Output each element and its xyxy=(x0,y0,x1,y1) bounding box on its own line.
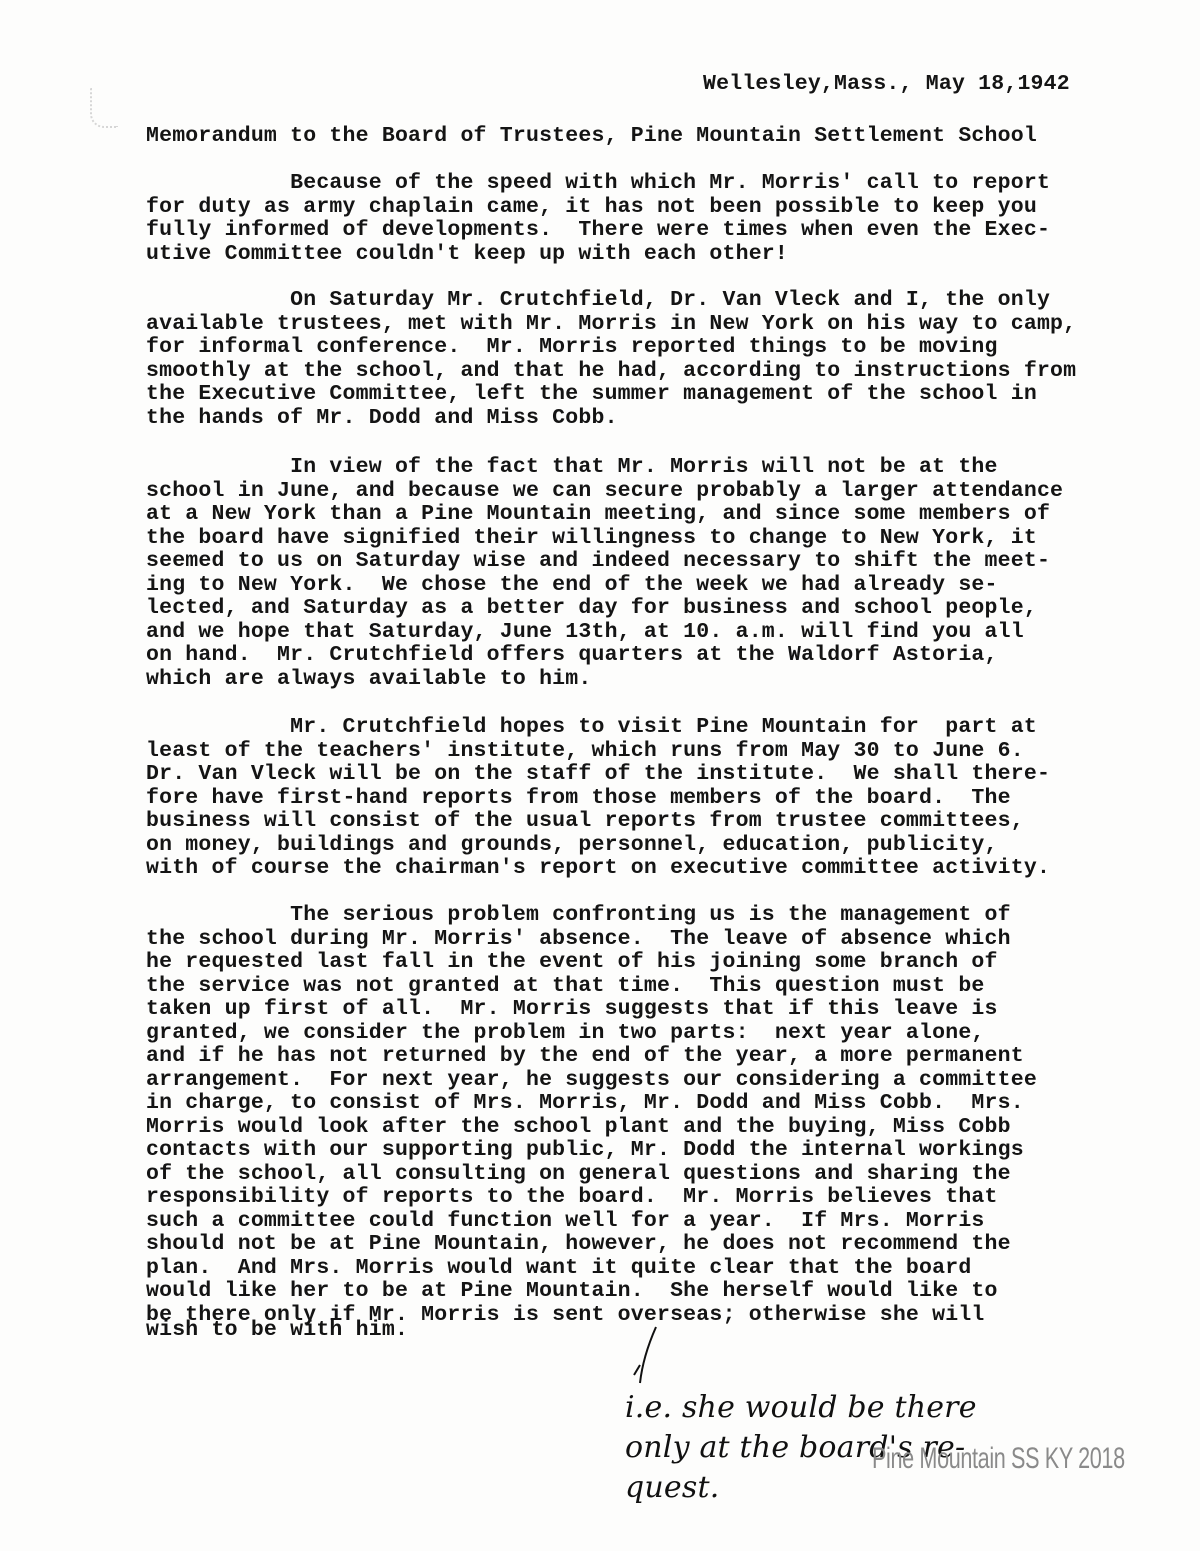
text-line: for duty as army chaplain came, it has n… xyxy=(146,196,1050,220)
archive-watermark: Pine Mountain SS KY 2018 xyxy=(872,1442,1125,1476)
text-line: the school during Mr. Morris' absence. T… xyxy=(146,928,1037,952)
text-line: on money, buildings and grounds, personn… xyxy=(146,834,1050,858)
text-line: of the school, all consulting on general… xyxy=(146,1163,1037,1187)
memorandum-page: Wellesley,Mass., May 18,1942 Memorandum … xyxy=(0,0,1200,1551)
text-line: On Saturday Mr. Crutchfield, Dr. Van Vle… xyxy=(146,289,1076,313)
text-line: and if he has not returned by the end of… xyxy=(146,1045,1037,1069)
text-line: the board have signified their willingne… xyxy=(146,527,1063,551)
text-line: such a committee could function well for… xyxy=(146,1210,1037,1234)
text-line: Mr. Crutchfield hopes to visit Pine Moun… xyxy=(146,716,1050,740)
text-line: which are always available to him. xyxy=(146,668,1063,692)
handwritten-line: i.e. she would be there xyxy=(625,1388,977,1428)
paragraph-1: Because of the speed with which Mr. Morr… xyxy=(146,172,1050,266)
paragraph-2: On Saturday Mr. Crutchfield, Dr. Van Vle… xyxy=(146,289,1076,430)
text-line: and we hope that Saturday, June 13th, at… xyxy=(146,621,1063,645)
text-line: taken up first of all. Mr. Morris sugges… xyxy=(146,998,1037,1022)
text-line: the Executive Committee, left the summer… xyxy=(146,383,1076,407)
text-line: Dr. Van Vleck will be on the staff of th… xyxy=(146,763,1050,787)
text-line: at a New York than a Pine Mountain meeti… xyxy=(146,503,1063,527)
text-line: contacts with our supporting public, Mr.… xyxy=(146,1139,1037,1163)
text-line: the hands of Mr. Dodd and Miss Cobb. xyxy=(146,407,1076,431)
text-line: business will consist of the usual repor… xyxy=(146,810,1050,834)
text-line: utive Committee couldn't keep up with ea… xyxy=(146,243,1050,267)
paragraph-3: In view of the fact that Mr. Morris will… xyxy=(146,456,1063,691)
text-line: fully informed of developments. There we… xyxy=(146,219,1050,243)
text-line: fore have first-hand reports from those … xyxy=(146,787,1050,811)
text-line: arrangement. For next year, he suggests … xyxy=(146,1069,1037,1093)
text-line: should not be at Pine Mountain, however,… xyxy=(146,1233,1037,1257)
text-line: Because of the speed with which Mr. Morr… xyxy=(146,172,1050,196)
text-line: on hand. Mr. Crutchfield offers quarters… xyxy=(146,644,1063,668)
punch-hole-mark xyxy=(90,88,118,128)
text-line: Morris would look after the school plant… xyxy=(146,1116,1037,1140)
text-line: the service was not granted at that time… xyxy=(146,975,1037,999)
text-line: In view of the fact that Mr. Morris will… xyxy=(146,456,1063,480)
text-line: smoothly at the school, and that he had,… xyxy=(146,360,1076,384)
text-line: school in June, and because we can secur… xyxy=(146,480,1063,504)
text-line: he requested last fall in the event of h… xyxy=(146,951,1037,975)
text-line: for informal conference. Mr. Morris repo… xyxy=(146,336,1076,360)
annotation-arrow-icon xyxy=(630,1325,660,1385)
text-line: granted, we consider the problem in two … xyxy=(146,1022,1037,1046)
text-line: lected, and Saturday as a better day for… xyxy=(146,597,1063,621)
memo-title: Memorandum to the Board of Trustees, Pin… xyxy=(146,124,1037,148)
text-line: responsibility of reports to the board. … xyxy=(146,1186,1037,1210)
text-line: with of course the chairman's report on … xyxy=(146,857,1050,881)
paragraph-4: Mr. Crutchfield hopes to visit Pine Moun… xyxy=(146,716,1050,881)
text-line: The serious problem confronting us is th… xyxy=(146,904,1037,928)
text-line: would like her to be at Pine Mountain. S… xyxy=(146,1280,1037,1304)
text-line: ing to New York. We chose the end of the… xyxy=(146,574,1063,598)
text-line: available trustees, met with Mr. Morris … xyxy=(146,313,1076,337)
paragraph-5: The serious problem confronting us is th… xyxy=(146,904,1037,1343)
text-line: in charge, to consist of Mrs. Morris, Mr… xyxy=(146,1092,1037,1116)
text-line: seemed to us on Saturday wise and indeed… xyxy=(146,550,1063,574)
text-line: least of the teachers' institute, which … xyxy=(146,740,1050,764)
dateline: Wellesley,Mass., May 18,1942 xyxy=(703,72,1070,96)
text-line: plan. And Mrs. Morris would want it quit… xyxy=(146,1257,1037,1281)
